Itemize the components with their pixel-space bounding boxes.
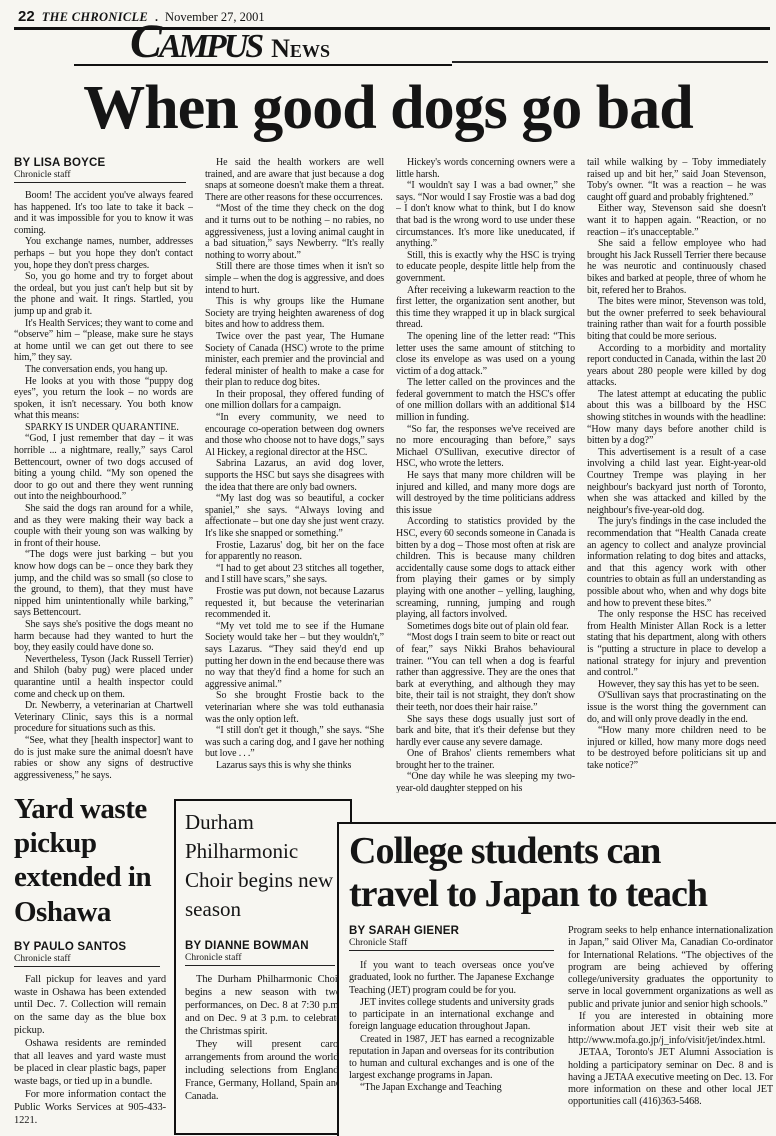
paragraph: Program seeks to help enhance internatio… [568,925,773,1011]
yard-waste-article: Yard waste pickup extended in Oshawa BY … [14,792,166,1130]
paragraph: It's Health Services; they want to come … [14,318,193,364]
main-article-byline: BY LISA BOYCE Chronicle staff [14,157,193,183]
column-text: If you want to teach overseas once you'v… [349,960,554,1095]
paragraph: Either way, Stevenson said she doesn't w… [587,203,766,238]
main-article-column-2: He said the health workers are well trai… [205,157,384,793]
choir-headline: Durham Philharmonic Choir begins new sea… [185,808,341,924]
japan-headline-line2: travel to Japan to teach [349,873,773,916]
paragraph: The Durham Philharmonic Choir begins a n… [185,973,341,1038]
paragraph: The bites were minor, Stevenson was told… [587,296,766,342]
masthead-rule [14,27,770,30]
choir-article: Durham Philharmonic Choir begins new sea… [174,799,352,1135]
column-text: tail while walking by – Toby immediately… [587,157,766,771]
byline-author: BY LISA BOYCE [14,157,193,169]
paragraph: The jury's findings in the case included… [587,516,766,609]
paragraph: Still there are those times when it isn'… [205,261,384,296]
article-text: The Durham Philharmonic Choir begins a n… [185,973,341,1103]
paragraph: The only response the HSC has received f… [587,609,766,679]
paragraph: Oshawa residents are reminded that all l… [14,1038,166,1089]
paragraph: Frostie was put down, not because Lazaru… [205,586,384,621]
paragraph: According to statistics provided by the … [396,516,575,620]
byline-org: Chronicle staff [14,954,160,967]
paragraph: She says she's positive the dogs meant n… [14,619,193,654]
page-number: 22 [18,8,35,25]
paragraph: SPARKY IS UNDER QUARANTINE. [14,422,193,434]
paragraph: Lazarus says this is why she thinks [205,760,384,772]
paragraph: “How many more children need to be injur… [587,725,766,771]
paragraph: “The Japan Exchange and Teaching [349,1082,554,1094]
paragraph: Fall pickup for leaves and yard waste in… [14,974,166,1038]
paragraph: Created in 1987, JET has earned a recogn… [349,1034,554,1083]
paragraph: “I had to get about 23 stitches all toge… [205,563,384,586]
paragraph: “The dogs were just barking – but you kn… [14,549,193,619]
choir-byline: BY DIANNE BOWMAN Chronicle staff [185,940,341,966]
byline-author: BY PAULO SANTOS [14,941,166,953]
paragraph: “God, I just remember that day – it was … [14,433,193,503]
column-text: Program seeks to help enhance internatio… [568,925,773,1109]
paragraph: She said a fellow employee who had broug… [587,238,766,296]
paragraph: She said the dogs ran around for a while… [14,503,193,549]
paragraph: JET invites college students and univers… [349,997,554,1034]
paragraph: You exchange names, number, addresses pe… [14,236,193,271]
paragraph: He says that many more children will be … [396,470,575,516]
section-banner: Campus News [130,18,330,66]
paragraph: They will present carol arrangements fro… [185,1038,341,1103]
paragraph: “I wouldn't say I was a bad owner,” she … [396,180,575,250]
paragraph: One of Brahos' clients remembers what br… [396,748,575,771]
paragraph: So, you go home and try to forget about … [14,271,193,317]
section-banner-right-rule [452,61,768,63]
paragraph: The conversation ends, you hang up. [14,364,193,376]
byline-org: Chronicle staff [185,953,335,966]
column-text: Hickey's words concerning owners were a … [396,157,575,793]
paragraph: “In every community, we need to encourag… [205,412,384,458]
paragraph: “So far, the responses we've received ar… [396,424,575,470]
byline-author: BY SARAH GIENER [349,925,554,937]
column-text: Boom! The accident you've always feared … [14,190,193,781]
newspaper-page: 22 THE CHRONICLE . November 27, 2001 Cam… [0,0,776,1136]
paragraph: However, they say this has yet to be see… [587,679,766,691]
paragraph: He said the health workers are well trai… [205,157,384,203]
paragraph: She says these dogs usually just sort of… [396,714,575,749]
paragraph: This advertisement is a result of a case… [587,447,766,517]
byline-org: Chronicle staff [14,170,186,183]
paragraph: “My last dog was so beautiful, a cocker … [205,493,384,539]
paragraph: Hickey's words concerning owners were a … [396,157,575,180]
main-article-column-4: tail while walking by – Toby immediately… [587,157,766,793]
paragraph: If you want to teach overseas once you'v… [349,960,554,997]
paragraph: So she brought Frostie back to the veter… [205,690,384,725]
japan-article: College students can travel to Japan to … [337,822,776,1136]
paragraph: For more information contact the Public … [14,1089,166,1127]
yard-waste-byline: BY PAULO SANTOS Chronicle staff [14,941,166,967]
main-article-column-1: BY LISA BOYCE Chronicle staff Boom! The … [14,157,193,793]
paragraph: The latest attempt at educating the publ… [587,389,766,447]
paragraph: “Most of the time they check on the dog … [205,203,384,261]
paragraph: Sabrina Lazarus, an avid dog lover, supp… [205,458,384,493]
section-banner-underline [74,64,452,66]
japan-headline-line1: College students can [349,830,773,873]
paragraph: tail while walking by – Toby immediately… [587,157,766,203]
japan-article-column-1: BY SARAH GIENER Chronicle Staff If you w… [349,925,554,1109]
byline-author: BY DIANNE BOWMAN [185,940,341,952]
paragraph: According to a morbidity and mortality r… [587,343,766,389]
paragraph: Nevertheless, Tyson (Jack Russell Terrie… [14,654,193,700]
article-text: Fall pickup for leaves and yard waste in… [14,974,166,1128]
paragraph: Dr. Newberry, a veterinarian at Chartwel… [14,700,193,735]
paragraph: “Most dogs I train seem to bite or react… [396,632,575,713]
paragraph: Boom! The accident you've always feared … [14,190,193,236]
paragraph: JETAA, Toronto's JET Alumni Association … [568,1047,773,1108]
main-article: BY LISA BOYCE Chronicle staff Boom! The … [14,157,766,793]
main-headline: When good dogs go bad [0,76,776,141]
paragraph: Frostie, Lazarus' dog, bit her on the fa… [205,540,384,563]
section-title-main: Campus [130,18,261,66]
column-text: He said the health workers are well trai… [205,157,384,771]
paragraph: The letter called on the provinces and t… [396,377,575,423]
japan-byline: BY SARAH GIENER Chronicle Staff [349,925,554,951]
japan-article-column-2: Program seeks to help enhance internatio… [568,925,773,1109]
paragraph: The opening line of the letter read: “Th… [396,331,575,377]
japan-article-columns: BY SARAH GIENER Chronicle Staff If you w… [349,925,773,1109]
paragraph: In their proposal, they offered funding … [205,389,384,412]
paragraph: “One day while he was sleeping my two-ye… [396,771,575,793]
paragraph: “I still don't get it though,” she says.… [205,725,384,760]
paragraph: After receiving a lukewarm reaction to t… [396,285,575,331]
paragraph: O'Sullivan says that procrastinating on … [587,690,766,725]
section-title-sub: News [271,34,330,64]
paragraph: Sometimes dogs bite out of plain old fea… [396,621,575,633]
byline-org: Chronicle Staff [349,938,554,951]
paragraph: Twice over the past year, The Humane Soc… [205,331,384,389]
main-article-column-3: Hickey's words concerning owners were a … [396,157,575,793]
paragraph: If you are interested in obtaining more … [568,1011,773,1048]
paragraph: Still, this is exactly why the HSC is tr… [396,250,575,285]
yard-waste-headline: Yard waste pickup extended in Oshawa [14,792,166,929]
paragraph: “My vet told me to see if the Humane Soc… [205,621,384,691]
paragraph: “See, what they [health inspector] want … [14,735,193,781]
paragraph: This is why groups like the Humane Socie… [205,296,384,331]
paragraph: He looks at you with those “puppy dog ey… [14,376,193,422]
